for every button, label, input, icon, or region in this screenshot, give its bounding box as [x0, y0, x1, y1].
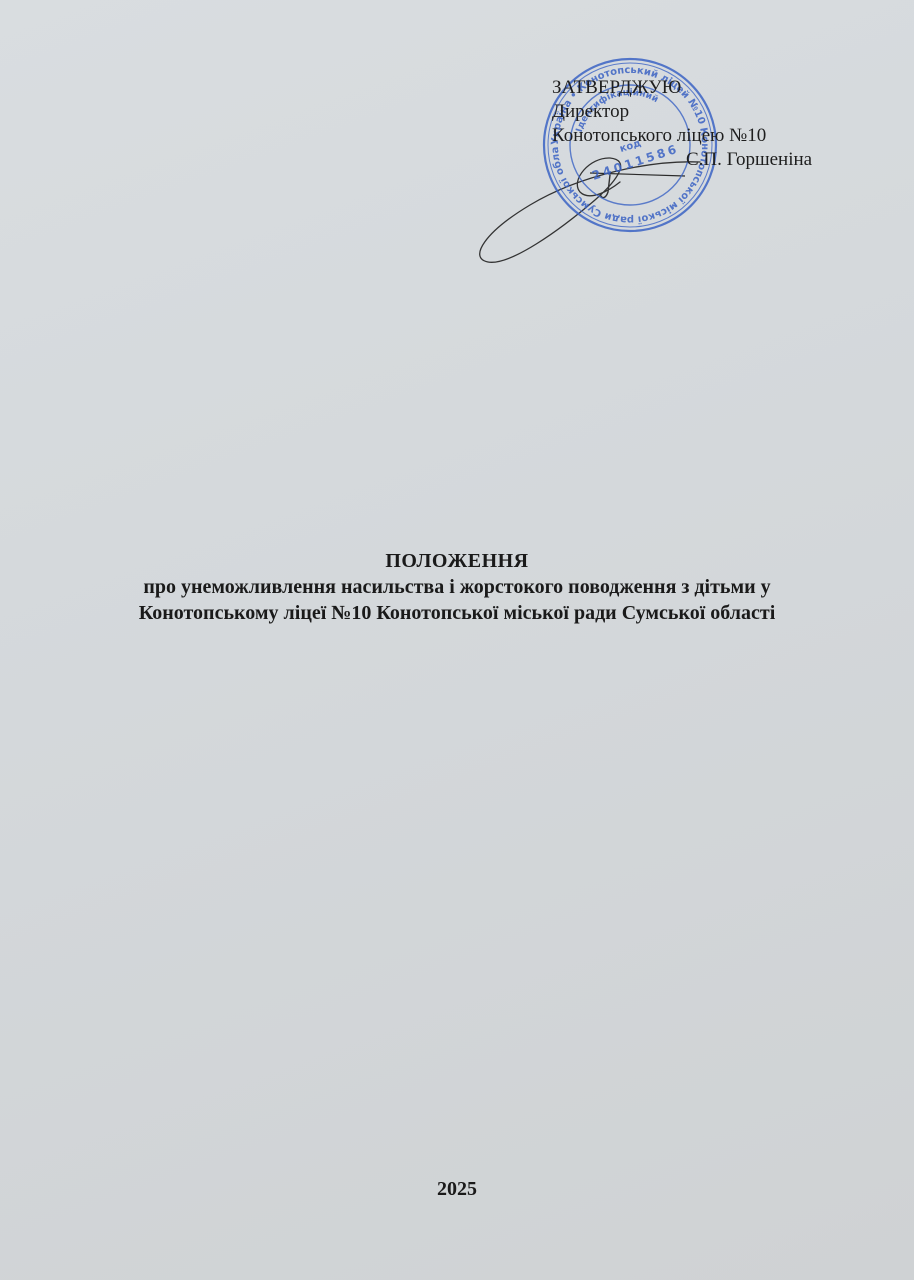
document-subtitle-line-2: Конотопському ліцеї №10 Конотопської міс…: [0, 600, 914, 626]
approve-label: ЗАТВЕРДЖУЮ: [552, 76, 812, 100]
document-page: Україна • Конотопський ліцей №10 Конотоп…: [0, 0, 914, 1280]
document-subtitle-line-1: про унеможливлення насильства і жорстоко…: [0, 574, 914, 600]
approver-name: С.П. Горшеніна: [552, 148, 812, 172]
document-heading: ПОЛОЖЕННЯ: [0, 548, 914, 574]
approver-position: Директор: [552, 100, 812, 124]
approval-block: ЗАТВЕРДЖУЮ Директор Конотопського ліцею …: [552, 76, 812, 172]
document-title-block: ПОЛОЖЕННЯ про унеможливлення насильства …: [0, 548, 914, 626]
approver-organization: Конотопського ліцею №10: [552, 124, 812, 148]
document-year: 2025: [0, 1178, 914, 1201]
